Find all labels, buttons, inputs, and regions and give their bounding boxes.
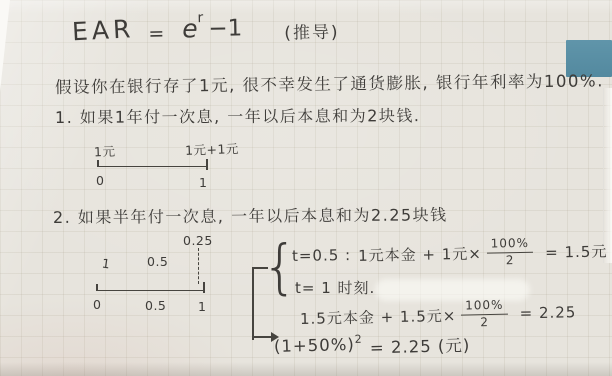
timeline2-time-0: 0 bbox=[93, 297, 101, 312]
timeline2-amount-mid: 0.5 bbox=[147, 254, 168, 269]
timeline2-time-1: 1 bbox=[198, 299, 206, 314]
fraction-denominator: 2 bbox=[480, 315, 489, 330]
conclusion-base: (1+50%) bbox=[274, 335, 355, 356]
formula-base-e: e bbox=[182, 14, 198, 43]
t-half-result: = 1.5元 bbox=[545, 240, 608, 262]
conclusion-equation: (1+50%) 2 = 2.25 (元) bbox=[274, 332, 471, 361]
formula-lhs: EAR bbox=[71, 14, 135, 46]
timeline-case2: 0.25 1 0.5 0 0.5 1 bbox=[86, 233, 231, 319]
timeline1-time-0: 0 bbox=[96, 173, 104, 188]
intro-sentence: 假设你在银行存了1元, 很不幸发生了通货膨胀, 银行年利率为100%. bbox=[55, 67, 604, 98]
notebook-photo: EAR = e r −1 (推导) 假设你在银行存了1元, 很不幸发生了通货膨胀… bbox=[0, 0, 612, 376]
formula-minus-one: −1 bbox=[208, 15, 242, 42]
case1-heading: 1. 如果1年付一次息, 一年以后本息和为2块钱. bbox=[55, 103, 421, 128]
timeline1-amount-right: 1元+1元 bbox=[185, 139, 239, 159]
t-half-fraction: 100% 2 bbox=[487, 237, 534, 268]
timeline2-tick-right bbox=[203, 282, 205, 293]
fraction-denominator: 2 bbox=[506, 253, 515, 268]
t-half-equation: t=0.5 : 1元本金 + 1元× 100% 2 = 1.5元 bbox=[292, 235, 608, 271]
conclusion-result: = 2.25 (元) bbox=[370, 332, 471, 359]
t-one-fraction: 100% 2 bbox=[461, 299, 508, 331]
timeline1-time-1: 1 bbox=[199, 175, 207, 190]
timeline2-axis bbox=[96, 283, 204, 291]
t-one-body: 1.5元本金 + 1.5元× bbox=[300, 305, 457, 329]
t-one-result: = 2.25 bbox=[519, 304, 576, 323]
t-one-label: t= 1 时刻. bbox=[295, 277, 375, 298]
case2-heading: 2. 如果半年付一次息, 一年以后本息和为2.25块钱 bbox=[53, 202, 448, 228]
paper-left-edge bbox=[0, 0, 10, 92]
timeline2-dashed-drop-line bbox=[198, 248, 199, 284]
timeline-case1: 1元 1元+1元 0 1 bbox=[88, 139, 258, 191]
t-one-label-line: t= 1 时刻. bbox=[295, 277, 375, 298]
timeline1-amount-left: 1元 bbox=[94, 142, 116, 161]
t-half-body: 1元本金 + 1元× bbox=[358, 242, 482, 265]
timeline2-tick-left bbox=[96, 284, 98, 291]
fraction-numerator: 100% bbox=[461, 299, 508, 316]
timeline1-tick-left bbox=[97, 160, 99, 167]
t-one-equation: 1.5元本金 + 1.5元× 100% 2 = 2.25 bbox=[300, 297, 577, 333]
result-arrow-shaft bbox=[253, 336, 272, 338]
derivation-annotation: (推导) bbox=[284, 18, 340, 44]
fraction-numerator: 100% bbox=[487, 237, 534, 254]
timeline1-tick-right bbox=[206, 159, 208, 170]
formula-exponent-r: r bbox=[197, 10, 203, 26]
timeline2-time-05: 0.5 bbox=[145, 298, 166, 313]
timeline2-amount-top: 0.25 bbox=[183, 233, 213, 248]
ear-formula: EAR = e r −1 (推导) bbox=[72, 12, 340, 48]
formula-equals: = bbox=[148, 23, 164, 45]
timeline1-axis bbox=[97, 159, 207, 167]
conclusion-exponent: 2 bbox=[354, 333, 362, 346]
timeline2-amount-left: 1 bbox=[101, 255, 111, 271]
t-half-label: t=0.5 : bbox=[292, 246, 351, 265]
